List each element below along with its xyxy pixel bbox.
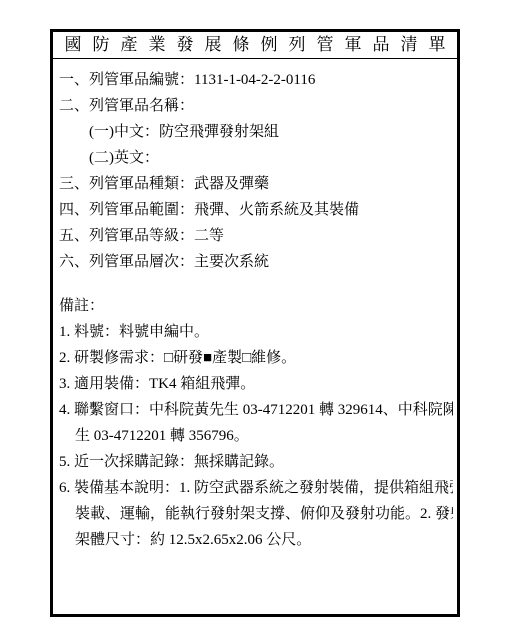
field-item-number: 一、列管軍品編號：1131-1-04-2-2-0116: [59, 67, 453, 93]
page: 國防產業發展條例列管軍品清單 一、列管軍品編號：1131-1-04-2-2-01…: [0, 0, 512, 640]
document-frame: 國防產業發展條例列管軍品清單 一、列管軍品編號：1131-1-04-2-2-01…: [50, 29, 460, 617]
field-item-category: 三、列管軍品種類：武器及彈藥: [59, 171, 453, 197]
field-item-grade: 五、列管軍品等級：二等: [59, 223, 453, 249]
field-item-level: 六、列管軍品層次：主要次系統: [59, 249, 453, 275]
field-item-name-english: (二)英文：: [59, 145, 453, 171]
note-contact-window: 4. 聯繫窗口：中科院黃先生 03-4712201 轉 329614、中科院陳先: [59, 397, 453, 423]
field-item-scope: 四、列管軍品範圍：飛彈、火箭系統及其裝備: [59, 197, 453, 223]
note-equipment-description: 6. 裝備基本說明：1. 防空武器系統之發射裝備，提供箱組飛彈: [59, 475, 453, 501]
document-body: 一、列管軍品編號：1131-1-04-2-2-0116 二、列管軍品名稱： (一…: [53, 59, 457, 553]
note-contact-window-continued: 生 03-4712201 轉 356796。: [59, 423, 453, 449]
field-item-name: 二、列管軍品名稱：: [59, 93, 453, 119]
note-material-number: 1. 料號：料號申編中。: [59, 319, 453, 345]
document-title: 國防產業發展條例列管軍品清單: [53, 32, 457, 59]
note-rdm-requirement-checkboxes: 2. 研製修需求：□研發■產製□維修。: [59, 345, 453, 371]
note-equipment-dimensions: 架體尺寸：約 12.5x2.65x2.06 公尺。: [59, 527, 453, 553]
note-applicable-equipment: 3. 適用裝備：TK4 箱組飛彈。: [59, 371, 453, 397]
blank-line: [59, 275, 453, 293]
notes-heading: 備註：: [59, 293, 453, 319]
field-item-name-chinese: (一)中文：防空飛彈發射架組: [59, 119, 453, 145]
note-last-procurement-record: 5. 近一次採購記錄：無採購記錄。: [59, 449, 453, 475]
note-equipment-description-continued: 裝載、運輸，能執行發射架支撐、俯仰及發射功能。2. 發射: [59, 501, 453, 527]
